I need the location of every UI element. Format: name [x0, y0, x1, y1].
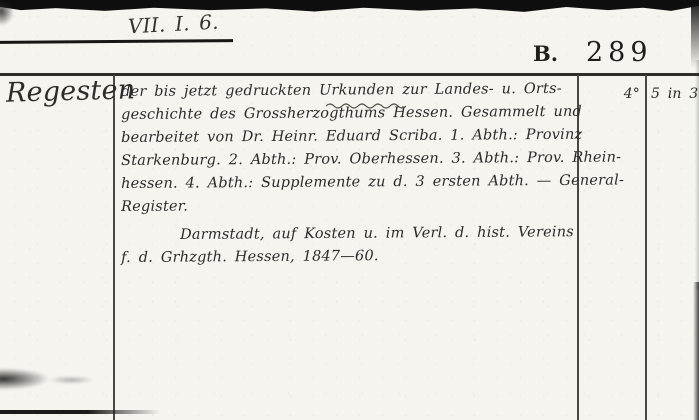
- shelfmark-underline: [0, 39, 233, 43]
- entry-heading: Regesten: [6, 74, 136, 108]
- bottom-rule: [0, 410, 160, 414]
- page-number: 289: [586, 37, 653, 68]
- entry-imprint-line: f. d. Grhzgth. Hessen, 1847—60.: [121, 248, 379, 266]
- ink-smudge-trail: [48, 376, 94, 384]
- format-mark: 4°: [598, 86, 640, 102]
- shelfmark: VII. I. 6.: [127, 10, 219, 39]
- catalog-card-scan: VII. I. 6. B. 289 Regesten der bis jetzt…: [0, 0, 699, 420]
- entry-imprint-line: Darmstadt, auf Kosten u. im Verl. d. his…: [180, 224, 574, 243]
- ink-smudge: [0, 368, 50, 390]
- entry-body-line: hessen. 4. Abth.: Supplemente zu d. 3 er…: [121, 172, 624, 192]
- series-letter: B.: [533, 41, 558, 66]
- entry-body-line: bearbeitet von Dr. Heinr. Eduard Scriba.…: [121, 127, 582, 146]
- column-divider-volumes: [645, 75, 647, 420]
- entry-body-line: Register.: [121, 199, 188, 215]
- entry-body-line: der bis jetzt gedruckten Urkunden zur La…: [121, 81, 562, 100]
- scribble-annotation: [326, 102, 406, 110]
- volume-note: 5 in 3: [651, 86, 698, 102]
- entry-body-line: Starkenburg. 2. Abth.: Prov. Oberhessen.…: [121, 150, 621, 169]
- scan-right-edge-top: [691, 0, 699, 68]
- scan-top-edge: [0, 0, 699, 14]
- scan-right-edge-bottom: [693, 282, 699, 420]
- column-divider-heading: [113, 75, 115, 420]
- scan-corner-blot: [0, 2, 14, 26]
